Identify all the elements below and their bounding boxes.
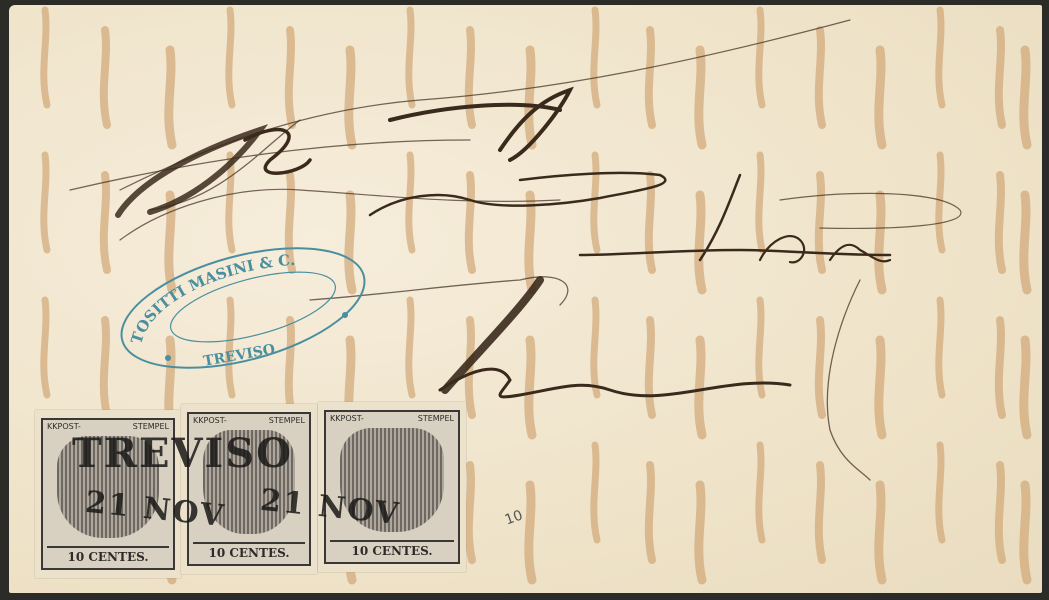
svg-text:TOSITTI MASINI & C.: TOSITTI MASINI & C. bbox=[127, 251, 295, 346]
company-cachet: TOSITTI MASINI & C. TREVISO bbox=[113, 245, 373, 370]
stamp-top-left: KKPOST- bbox=[193, 416, 227, 425]
stamp-value: 10 CENTES. bbox=[47, 546, 169, 564]
stamp-value: 10 CENTES. bbox=[193, 542, 305, 560]
stamp-top-right: STEMPEL bbox=[418, 414, 454, 423]
stamp-value: 10 CENTES. bbox=[330, 540, 454, 558]
stamp-top-left: KKPOST- bbox=[330, 414, 364, 423]
stamp-3: KKPOST-STEMPEL 10 CENTES. bbox=[318, 402, 466, 572]
cachet-bottom-text: TREVISO bbox=[202, 341, 276, 369]
postmark-town: TREVISO bbox=[72, 430, 293, 477]
stamp-top-right: STEMPEL bbox=[269, 416, 305, 425]
cachet-top-text: TOSITTI MASINI & C. bbox=[127, 251, 295, 346]
